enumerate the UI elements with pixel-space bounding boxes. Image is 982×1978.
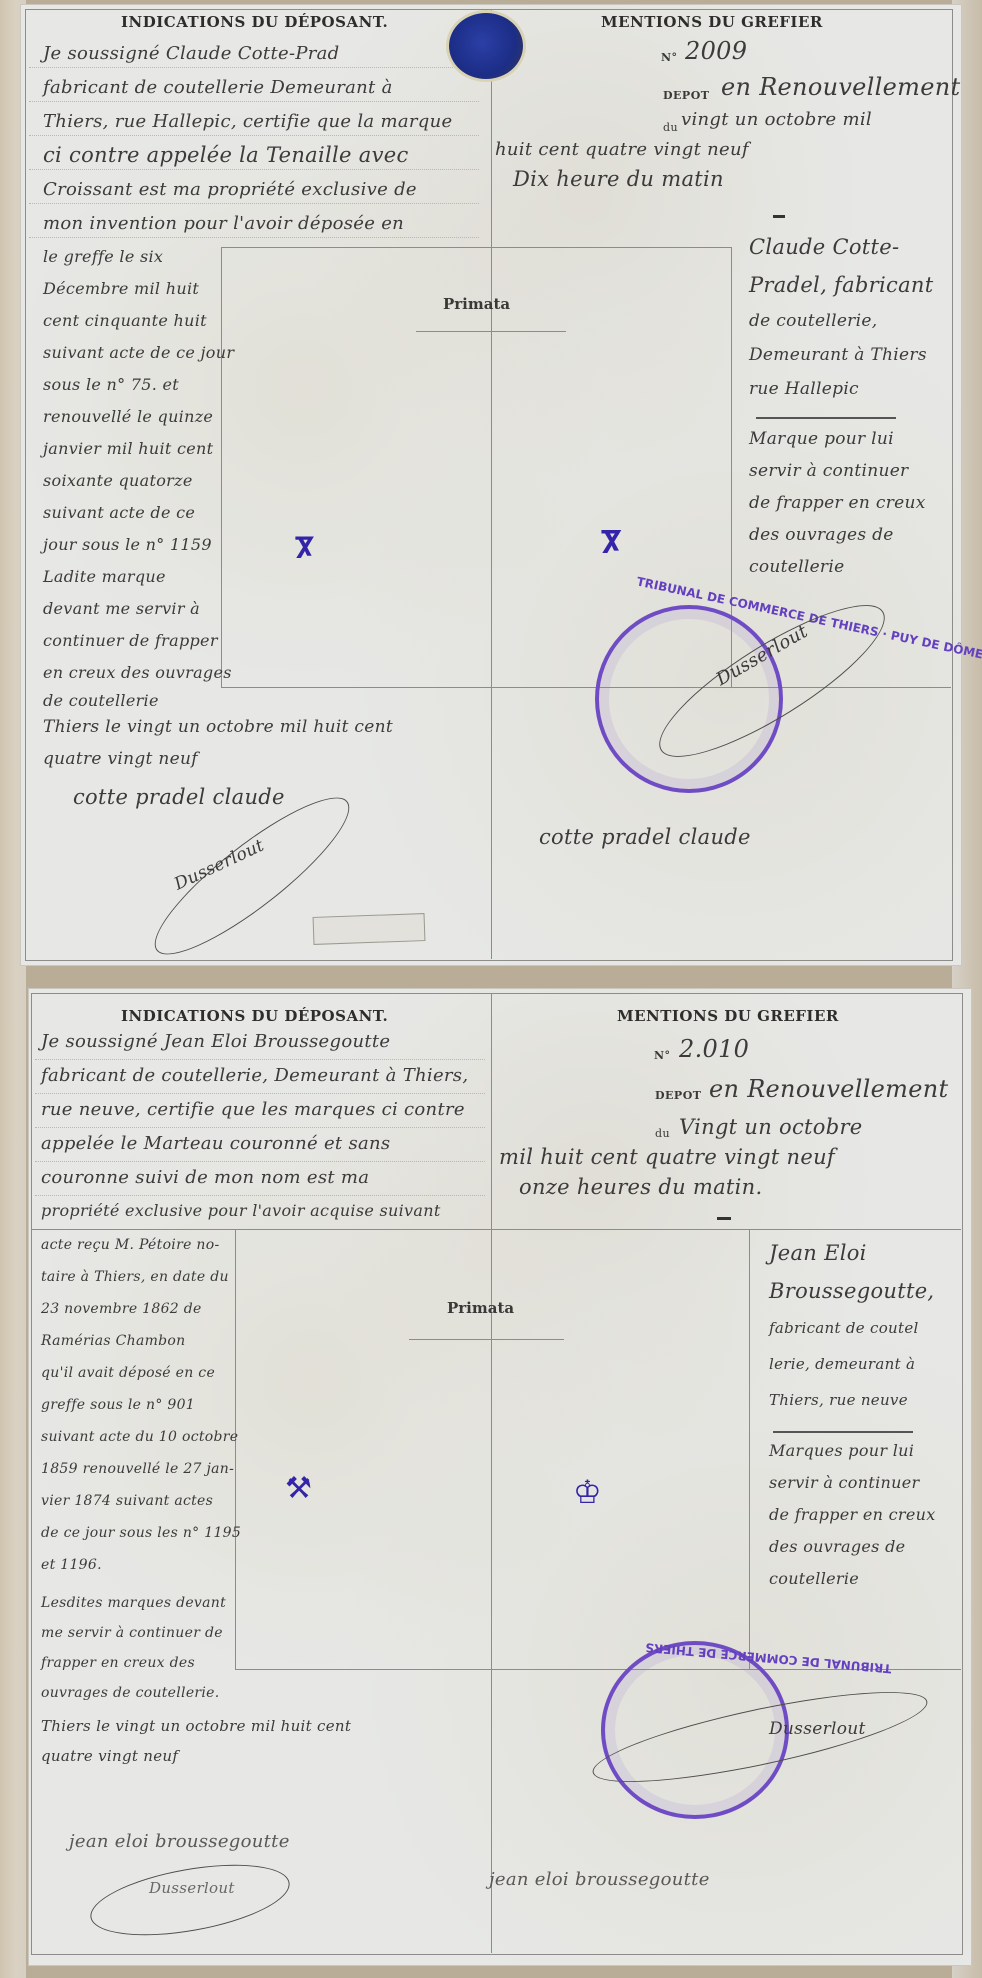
depositor-line: fabricant de coutel <box>769 1319 919 1337</box>
depositor-line: Thiers, rue neuve <box>769 1391 908 1409</box>
registration-number: 2009 <box>685 37 747 65</box>
clerk-signature: Dusserlout <box>769 1719 866 1739</box>
depositor-line: lerie, demeurant à <box>769 1355 915 1373</box>
registration-sheet-2010: INDICATIONS DU DÉPOSANT. MENTIONS DU GRE… <box>28 988 972 1966</box>
column-line: et 1196. <box>41 1557 102 1573</box>
du-label: du <box>663 121 678 134</box>
closing-line: quatre vingt neuf <box>41 1747 178 1765</box>
deposit-date-line1: vingt un octobre mil <box>681 109 872 130</box>
column-line: Lesdites marques devant <box>41 1595 226 1611</box>
declaration-line: fabricant de coutellerie Demeurant à <box>43 77 393 98</box>
paper-tear <box>313 913 426 945</box>
depot-label: DEPOT <box>663 89 709 102</box>
column-line: suivant acte de ce jour <box>43 343 234 362</box>
primata-underline <box>409 1339 564 1340</box>
column-line: de ce jour sous les n° 1195 <box>41 1525 241 1541</box>
dash-mark <box>773 215 785 218</box>
column-line: 23 novembre 1862 de <box>41 1301 202 1317</box>
right-column-header: MENTIONS DU GREFIER <box>617 1007 839 1025</box>
depositor-line: rue Hallepic <box>749 379 859 399</box>
marteau-mark-icon: ⚒ <box>285 1471 312 1506</box>
purpose-line: coutellerie <box>749 557 844 577</box>
column-line: soixante quatorze <box>43 471 193 490</box>
depositor-signature-left: jean eloi broussegoutte <box>69 1831 290 1852</box>
primata-label: Primata <box>443 295 510 313</box>
declaration-line: Thiers, rue Hallepic, certifie que la ma… <box>43 111 452 132</box>
column-line: ouvrages de coutellerie. <box>41 1685 220 1701</box>
depositor-line: Broussegoutte, <box>769 1279 934 1303</box>
purpose-line: servir à continuer <box>749 461 908 481</box>
depositor-line: Jean Eloi <box>769 1241 867 1265</box>
tenaille-croissant-mark-icon: Ⴟ <box>601 527 621 560</box>
purpose-line: servir à continuer <box>769 1473 919 1492</box>
column-line: suivant acte du 10 octobre <box>41 1429 238 1445</box>
depositor-line: Demeurant à Thiers <box>749 345 927 365</box>
purpose-line: des ouvrages de <box>769 1537 905 1556</box>
marteau-couronne-mark-icon: ♔ <box>573 1473 602 1511</box>
purpose-line: Marques pour lui <box>769 1441 914 1460</box>
declaration-line: rue neuve, certifie que les marques ci c… <box>41 1099 465 1120</box>
column-line: Ramérias Chambon <box>41 1333 185 1349</box>
declaration-line: ci contre appelée la Tenaille avec <box>43 143 409 167</box>
purpose-line: de frapper en creux <box>769 1505 936 1524</box>
column-line: vier 1874 suivant actes <box>41 1493 213 1509</box>
depositor-signature-right: jean eloi broussegoutte <box>489 1869 710 1890</box>
column-line: suivant acte de ce <box>43 503 195 522</box>
closing-line: Thiers le vingt un octobre mil huit cent <box>43 717 393 737</box>
depositor-line: de coutellerie, <box>749 311 877 331</box>
depositor-line: Claude Cotte- <box>749 235 899 259</box>
column-line: continuer de frapper <box>43 631 218 650</box>
registration-number: 2.010 <box>679 1035 749 1063</box>
purpose-line: de frapper en creux <box>749 493 926 513</box>
column-divider <box>491 9 492 959</box>
column-divider <box>491 993 492 1953</box>
primata-box-left <box>221 247 222 687</box>
declaration-line: fabricant de coutellerie, Demeurant à Th… <box>41 1065 468 1086</box>
dash-mark <box>717 1217 731 1220</box>
column-line: Décembre mil huit <box>43 279 199 298</box>
column-line: de coutellerie <box>43 691 159 710</box>
declaration-line: Je soussigné Claude Cotte-Prad <box>43 43 340 64</box>
separator-line <box>773 1431 913 1433</box>
depositor-line: Pradel, fabricant <box>749 273 933 297</box>
depositor-signature-left: cotte pradel claude <box>73 785 285 809</box>
column-line: devant me servir à <box>43 599 200 618</box>
declaration-line: Je soussigné Jean Eloi Broussegoutte <box>41 1031 390 1052</box>
column-line: cent cinquante huit <box>43 311 207 330</box>
deposit-date-line2: huit cent quatre vingt neuf <box>495 139 749 160</box>
declaration-line: propriété exclusive pour l'avoir acquise… <box>41 1201 441 1220</box>
deposit-time: onze heures du matin. <box>519 1175 762 1199</box>
deposit-date-line2: mil huit cent quatre vingt neuf <box>499 1145 835 1169</box>
declaration-line: mon invention pour l'avoir déposée en <box>43 213 404 234</box>
separator-line <box>756 417 896 419</box>
column-line: taire à Thiers, en date du <box>41 1269 229 1285</box>
declaration-line: Croissant est ma propriété exclusive de <box>43 179 417 200</box>
primata-box-left <box>235 1229 236 1669</box>
purpose-line: des ouvrages de <box>749 525 894 545</box>
number-label: N° <box>654 1049 671 1062</box>
left-column-header: INDICATIONS DU DÉPOSANT. <box>121 1007 388 1025</box>
closing-line: quatre vingt neuf <box>43 749 198 769</box>
column-line: 1859 renouvellé le 27 jan- <box>41 1461 234 1477</box>
depot-label: DEPOT <box>655 1089 701 1102</box>
column-line: le greffe le six <box>43 247 163 266</box>
purpose-line: coutellerie <box>769 1569 859 1588</box>
primata-box-top <box>31 1229 961 1230</box>
depositor-signature-right: cotte pradel claude <box>539 825 751 849</box>
number-label: N° <box>661 51 678 64</box>
column-line: en creux des ouvrages <box>43 663 232 682</box>
primata-label: Primata <box>447 1299 514 1317</box>
declaration-line: couronne suivi de mon nom est ma <box>41 1167 369 1188</box>
tenaille-croissant-mark-icon: Ⴟ <box>295 535 314 565</box>
column-line: Ladite marque <box>43 567 166 586</box>
column-line: sous le n° 75. et <box>43 375 179 394</box>
column-line: frapper en creux des <box>41 1655 195 1671</box>
left-column-header: INDICATIONS DU DÉPOSANT. <box>121 13 388 31</box>
column-line: acte reçu M. Pétoire no- <box>41 1237 219 1253</box>
registration-sheet-2009: INDICATIONS DU DÉPOSANT. MENTIONS DU GRE… <box>20 4 962 966</box>
column-line: me servir à continuer de <box>41 1625 223 1641</box>
closing-line: Thiers le vingt un octobre mil huit cent <box>41 1717 351 1735</box>
clerk-signature: Dusserlout <box>149 1879 235 1897</box>
primata-box-right <box>749 1229 750 1669</box>
du-label: du <box>655 1127 670 1140</box>
wax-seal <box>449 13 523 79</box>
primata-box-bottom <box>221 687 951 688</box>
right-column-header: MENTIONS DU GREFIER <box>601 13 823 31</box>
deposit-time: Dix heure du matin <box>513 167 724 191</box>
primata-underline <box>416 331 566 332</box>
column-line: janvier mil huit cent <box>43 439 213 458</box>
column-line: renouvellé le quinze <box>43 407 213 426</box>
column-line: jour sous le n° 1159 <box>43 535 212 554</box>
deposit-date-line1: Vingt un octobre <box>679 1115 863 1139</box>
depot-type: en Renouvellement <box>721 73 960 101</box>
depot-type: en Renouvellement <box>709 1075 948 1103</box>
column-line: qu'il avait déposé en ce <box>41 1365 215 1381</box>
primata-box-top <box>221 247 731 248</box>
purpose-line: Marque pour lui <box>749 429 894 449</box>
declaration-line: appelée le Marteau couronné et sans <box>41 1133 390 1154</box>
column-line: greffe sous le n° 901 <box>41 1397 195 1413</box>
